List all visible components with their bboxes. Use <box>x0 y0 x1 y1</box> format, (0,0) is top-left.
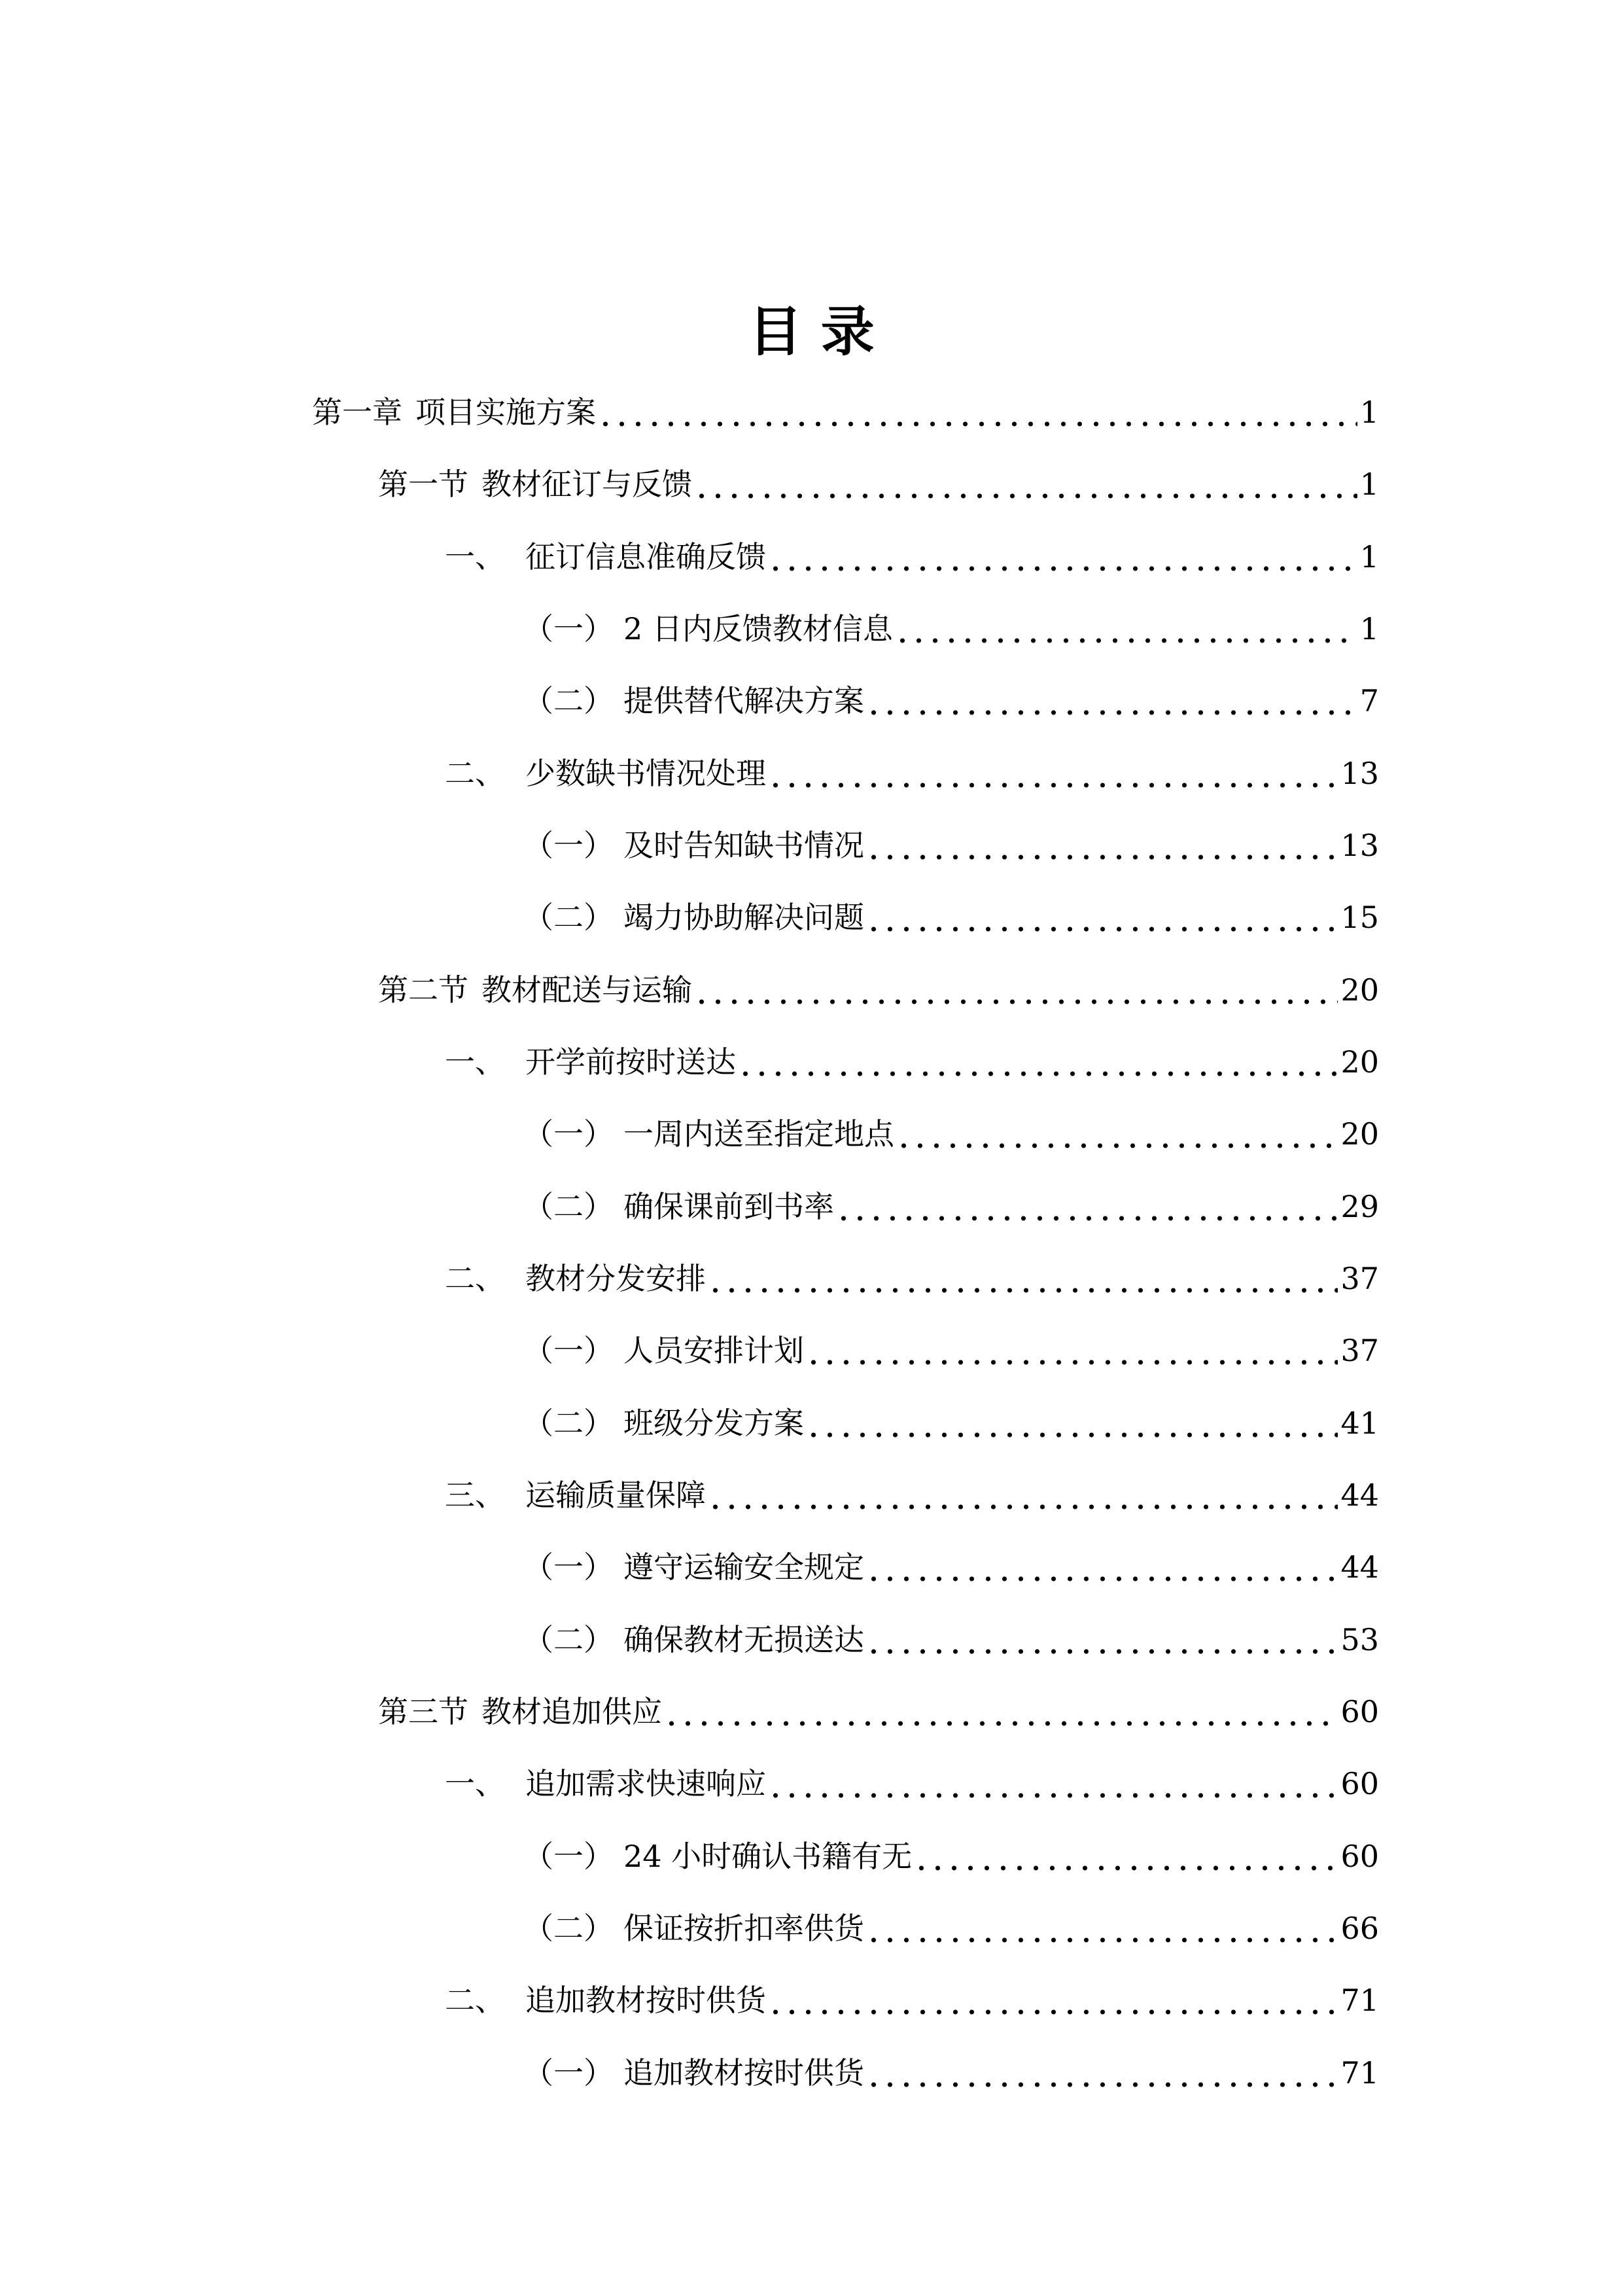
toc-entry-page: 60 <box>1340 1692 1379 1731</box>
toc-entry-label: 一周内送至指定地点 <box>623 1114 894 1154</box>
toc-entry-label: 教材追加供应 <box>481 1692 662 1731</box>
document-page: 目 录 第一章 项目实施方案 1 第一节 教材征订与反馈 1 一、 征订信息准确… <box>0 0 1623 2296</box>
toc-entry-prefix: 第一章 <box>312 393 402 432</box>
toc-entry-label: 人员安排计划 <box>623 1331 804 1370</box>
toc-entry[interactable]: （二） 保证按折扣率供货 66 <box>523 1909 1379 1948</box>
toc-entry-page: 60 <box>1340 1837 1379 1876</box>
dot-leader <box>767 537 1357 576</box>
dot-leader <box>597 393 1357 432</box>
toc-entry-label: 教材分发安排 <box>525 1259 706 1298</box>
toc-entry[interactable]: 二、 少数缺书情况处理 13 <box>445 754 1379 793</box>
toc-entry-label: 提供替代解决方案 <box>623 681 864 720</box>
toc-entry-prefix: （一） <box>523 1547 623 1587</box>
toc-entry-page: 41 <box>1340 1404 1379 1443</box>
toc-entry-label: 24 小时确认书籍有无 <box>623 1837 912 1876</box>
toc-entry-label: 追加教材按时供货 <box>525 1981 766 2020</box>
toc-entry-page: 1 <box>1360 609 1379 648</box>
toc-entry-prefix: 二、 <box>445 754 525 793</box>
toc-entry-prefix: 三、 <box>445 1475 525 1515</box>
toc-entry[interactable]: （一） 24 小时确认书籍有无 60 <box>523 1837 1379 1876</box>
toc-entry-prefix: 第三节 <box>378 1692 468 1731</box>
dot-leader <box>693 970 1338 1010</box>
toc-entry-prefix: （二） <box>523 1404 623 1443</box>
dot-leader <box>865 2053 1338 2093</box>
toc-entry-page: 13 <box>1340 754 1379 793</box>
dot-leader <box>693 465 1357 504</box>
dot-leader <box>767 1764 1338 1803</box>
toc-entry-page: 20 <box>1340 1114 1379 1154</box>
toc-entry[interactable]: 二、 追加教材按时供货 71 <box>445 1981 1379 2020</box>
toc-entry[interactable]: 第二节 教材配送与运输 20 <box>378 970 1379 1010</box>
dot-leader <box>865 898 1338 937</box>
toc-entry-label: 及时告知缺书情况 <box>623 826 864 865</box>
toc-entry-page: 37 <box>1340 1259 1379 1298</box>
toc-entry-prefix: 第一节 <box>378 465 468 504</box>
toc-entry[interactable]: 第一章 项目实施方案 1 <box>312 393 1379 432</box>
toc-entry-page: 1 <box>1360 465 1379 504</box>
toc-entry-prefix: 第二节 <box>378 970 468 1010</box>
toc-entry-label: 运输质量保障 <box>525 1475 706 1515</box>
toc-entry-page: 60 <box>1340 1764 1379 1803</box>
dot-leader <box>663 1692 1338 1731</box>
toc-entry-page: 15 <box>1340 898 1379 937</box>
toc-entry[interactable]: （二） 竭力协助解决问题 15 <box>523 898 1379 937</box>
toc-entry[interactable]: （一） 追加教材按时供货 71 <box>523 2053 1379 2093</box>
toc-entry-prefix: 二、 <box>445 1259 525 1298</box>
toc-entry-prefix: （一） <box>523 826 623 865</box>
toc-entry-label: 教材配送与运输 <box>481 970 692 1010</box>
toc-entry[interactable]: （二） 提供替代解决方案 7 <box>523 681 1379 720</box>
toc-entry-page: 71 <box>1340 2053 1379 2093</box>
toc-entry-prefix: （一） <box>523 1837 623 1876</box>
toc-entry[interactable]: 第一节 教材征订与反馈 1 <box>378 465 1379 504</box>
dot-leader <box>896 1114 1338 1154</box>
toc-entry-page: 66 <box>1340 1909 1379 1948</box>
toc-entry-label: 征订信息准确反馈 <box>525 537 766 576</box>
toc-title: 目 录 <box>0 296 1623 368</box>
toc-entry-prefix: 二、 <box>445 1981 525 2020</box>
dot-leader <box>707 1259 1338 1298</box>
toc-entry-prefix: （一） <box>523 1114 623 1154</box>
dot-leader <box>805 1404 1338 1443</box>
dot-leader <box>894 609 1357 648</box>
toc-entry[interactable]: 二、 教材分发安排 37 <box>445 1259 1379 1298</box>
toc-entry[interactable]: （一） 及时告知缺书情况 13 <box>523 826 1379 865</box>
toc-entry-prefix: （二） <box>523 1187 623 1226</box>
toc-entry[interactable]: 一、 征订信息准确反馈 1 <box>445 537 1379 576</box>
dot-leader <box>865 826 1338 865</box>
toc-entry-page: 29 <box>1340 1187 1379 1226</box>
dot-leader <box>835 1187 1338 1226</box>
toc-entry-label: 保证按折扣率供货 <box>623 1909 864 1948</box>
dot-leader <box>805 1331 1338 1370</box>
toc-entry-prefix: 一、 <box>445 537 525 576</box>
toc-entry-page: 53 <box>1340 1620 1379 1659</box>
toc-entry-label: 确保课前到书率 <box>623 1187 834 1226</box>
toc-entry-prefix: （一） <box>523 2053 623 2093</box>
toc-entry-prefix: （二） <box>523 898 623 937</box>
toc-entry-label: 项目实施方案 <box>415 393 596 432</box>
toc-entry-prefix: （二） <box>523 1909 623 1948</box>
toc-entry-label: 遵守运输安全规定 <box>623 1547 864 1587</box>
toc-entry-page: 37 <box>1340 1331 1379 1370</box>
toc-entry-page: 13 <box>1340 826 1379 865</box>
dot-leader <box>913 1837 1338 1876</box>
toc-entry-page: 1 <box>1360 393 1379 432</box>
toc-entry[interactable]: 三、 运输质量保障 44 <box>445 1475 1379 1515</box>
toc-entry-page: 7 <box>1360 681 1379 720</box>
dot-leader <box>767 754 1338 793</box>
toc-entry-label: 教材征订与反馈 <box>481 465 692 504</box>
toc-entry[interactable]: （二） 确保课前到书率 29 <box>523 1187 1379 1226</box>
toc-entry-label: 竭力协助解决问题 <box>623 898 864 937</box>
toc-entry-label: 班级分发方案 <box>623 1404 804 1443</box>
dot-leader <box>865 681 1357 720</box>
toc-entry-label: 追加需求快速响应 <box>525 1764 766 1803</box>
toc-entry-prefix: （二） <box>523 1620 623 1659</box>
toc-entry-prefix: （一） <box>523 1331 623 1370</box>
toc-entry-label: 2 日内反馈教材信息 <box>623 609 893 648</box>
toc-entry-prefix: 一、 <box>445 1042 525 1082</box>
dot-leader <box>865 1909 1338 1948</box>
dot-leader <box>865 1547 1338 1587</box>
toc-entry-page: 44 <box>1340 1547 1379 1587</box>
toc-entry-label: 确保教材无损送达 <box>623 1620 864 1659</box>
toc-entry-page: 1 <box>1360 537 1379 576</box>
toc-entry-label: 追加教材按时供货 <box>623 2053 864 2093</box>
toc-entry-prefix: （一） <box>523 609 623 648</box>
toc-entry-page: 71 <box>1340 1981 1379 2020</box>
toc-entry-prefix: （二） <box>523 681 623 720</box>
toc-entry[interactable]: （二） 确保教材无损送达 53 <box>523 1620 1379 1659</box>
toc-entry[interactable]: （一） 人员安排计划 37 <box>523 1331 1379 1370</box>
toc-entry-prefix: 一、 <box>445 1764 525 1803</box>
toc-entry[interactable]: （一） 2 日内反馈教材信息 1 <box>523 609 1379 648</box>
dot-leader <box>865 1620 1338 1659</box>
dot-leader <box>707 1475 1338 1515</box>
toc-entry-page: 44 <box>1340 1475 1379 1515</box>
toc-entry[interactable]: （二） 班级分发方案 41 <box>523 1404 1379 1443</box>
toc-entry[interactable]: 第三节 教材追加供应 60 <box>378 1692 1379 1731</box>
toc-entry[interactable]: 一、 追加需求快速响应 60 <box>445 1764 1379 1803</box>
dot-leader <box>767 1981 1338 2020</box>
dot-leader <box>737 1042 1338 1082</box>
toc-entry[interactable]: （一） 一周内送至指定地点 20 <box>523 1114 1379 1154</box>
toc-entry-page: 20 <box>1340 1042 1379 1082</box>
toc-entry[interactable]: （一） 遵守运输安全规定 44 <box>523 1547 1379 1587</box>
toc-entry-page: 20 <box>1340 970 1379 1010</box>
toc-entry-label: 少数缺书情况处理 <box>525 754 766 793</box>
toc-entry[interactable]: 一、 开学前按时送达 20 <box>445 1042 1379 1082</box>
toc-entry-label: 开学前按时送达 <box>525 1042 736 1082</box>
